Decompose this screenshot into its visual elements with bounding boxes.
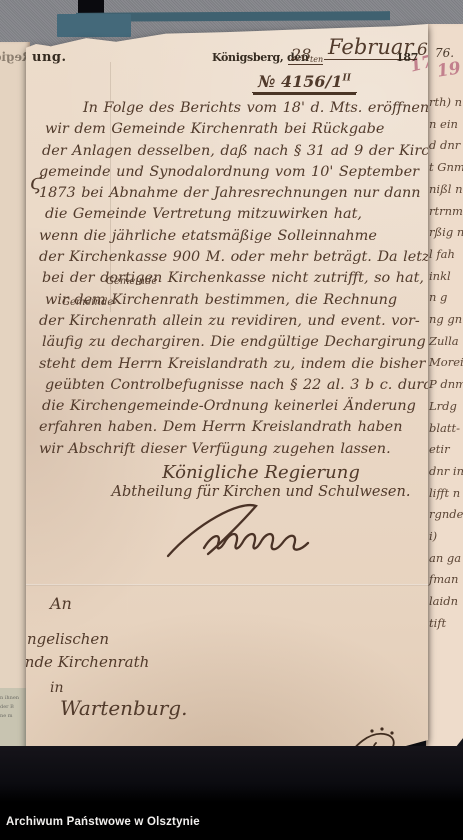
body-line: der Anlagen desselben, daß nach § 31 ad … — [42, 141, 425, 162]
text-fragment: Zulla — [429, 331, 463, 353]
print-fragment: n ihnen — [0, 694, 26, 703]
text-fragment: an ga — [429, 548, 463, 570]
body-line: geübten Controlbefugnisse nach § 22 al. … — [45, 375, 425, 396]
body-line: wir Abschrift dieser Verfügung zugehen l… — [39, 439, 425, 460]
body-line: wenn die jährliche etatsmäßige Solleinna… — [39, 226, 425, 247]
body-line: die Gemeinde Vertretung mitzuwirken hat, — [45, 204, 425, 225]
body-line: wir dem Gemeinde Kirchenrath bei Rückgab… — [45, 119, 425, 140]
print-fragment: der B — [0, 703, 26, 712]
letter-body-text: In Folge des Berichts vom 18' d. Mts. er… — [39, 98, 425, 460]
address-preposition: in — [50, 680, 64, 696]
address-salutation: An — [50, 594, 72, 613]
address-line: inde Kirchenrath — [20, 653, 149, 671]
text-fragment: n ein — [429, 114, 463, 136]
body-line: steht dem Herrn Kreislandrath zu, indem … — [39, 354, 425, 375]
next-page-text-fragments: rth) nn eind dnrt Gnmnißl nrtrnmrßig nl … — [429, 92, 463, 635]
text-fragment: rtrnm — [429, 201, 463, 223]
closing-authority: Königliche Regierung — [136, 462, 386, 483]
text-fragment: n g — [429, 287, 463, 309]
handwritten-year-digit: 6 — [417, 40, 428, 60]
address-place: Wartenburg. — [60, 696, 187, 720]
text-fragment: rgnde — [429, 504, 463, 526]
body-line: bei der dortigen Kirchenkasse nicht zutr… — [42, 268, 425, 289]
text-fragment: lifft n — [429, 483, 463, 505]
text-fragment: ng gn — [429, 309, 463, 331]
body-line: läufig zu dechargiren. Die endgültige De… — [42, 332, 425, 353]
text-fragment: d dnr — [429, 135, 463, 157]
text-fragment: t Gnm — [429, 157, 463, 179]
number-suffix: II — [342, 74, 350, 84]
body-line: der Kirchenrath allein zu revidiren, und… — [39, 311, 425, 332]
text-fragment: inkl — [429, 266, 463, 288]
printed-letterhead-fragment: ung. — [32, 50, 67, 65]
text-fragment: blatt- — [429, 418, 463, 440]
text-fragment: P dnm — [429, 374, 463, 396]
text-fragment: l fah — [429, 244, 463, 266]
number-value: 4156/1 — [281, 72, 343, 91]
ink-folio-number: 76. — [435, 46, 454, 60]
text-fragment: dnr in — [429, 461, 463, 483]
text-fragment: rth) n — [429, 92, 463, 114]
document-page: ung. 17 Königsberg, den 28 ten Februar 1… — [26, 24, 428, 766]
fold-crease-horizontal — [26, 584, 428, 586]
body-line: gemeinde und Synodalordnung vom 10' Sept… — [39, 162, 425, 183]
body-line: erfahren haben. Dem Herrn Kreislandrath … — [39, 417, 425, 438]
number-label: № — [258, 72, 275, 91]
archive-footer-bar: Archiwum Państwowe w Olsztynie — [0, 746, 463, 840]
signature-flourish — [154, 498, 364, 564]
text-fragment: i) — [429, 526, 463, 548]
text-fragment: laidn — [429, 591, 463, 613]
print-fragment: ne m — [0, 712, 26, 721]
body-line: der Kirchenkasse 900 M. oder mehr beträg… — [39, 247, 425, 268]
archive-label: Archiwum Państwowe w Olsztynie — [6, 816, 200, 828]
body-line: In Folge des Berichts vom 18' d. Mts. er… — [39, 98, 425, 119]
text-fragment: Morei — [429, 352, 463, 374]
text-fragment: fman — [429, 569, 463, 591]
handwritten-day-suffix: ten — [310, 55, 323, 65]
body-line: die Kirchengemeinde-Ordnung keinerlei Än… — [42, 396, 425, 417]
body-line: 1873 bei Abnahme der Jahresrechnungen nu… — [39, 183, 425, 204]
text-fragment: etir — [429, 439, 463, 461]
next-page-edge: 76. 19 rth) nn eind dnrt Gnmnißl nrtrnmr… — [426, 24, 463, 764]
text-fragment: nißl n — [429, 179, 463, 201]
text-fragment: rßig n — [429, 222, 463, 244]
archival-scan: Regierung n ihnender Bne m 76. 19 rth) n… — [0, 0, 463, 840]
body-line: wir dem Kirchenrath bestimmen, die Rechn… — [45, 290, 425, 311]
text-fragment: Lrdg — [429, 396, 463, 418]
address-line: angelischen — [18, 630, 109, 648]
binding-tape-patch — [57, 14, 131, 37]
underlying-page-edge: Regierung n ihnender Bne m — [0, 42, 30, 758]
document-number: № 4156/1II — [252, 72, 357, 93]
printed-year-prefix: 187 — [396, 51, 418, 64]
pencil-folio-number-next: 19 — [436, 58, 463, 81]
text-fragment: tift — [429, 613, 463, 635]
